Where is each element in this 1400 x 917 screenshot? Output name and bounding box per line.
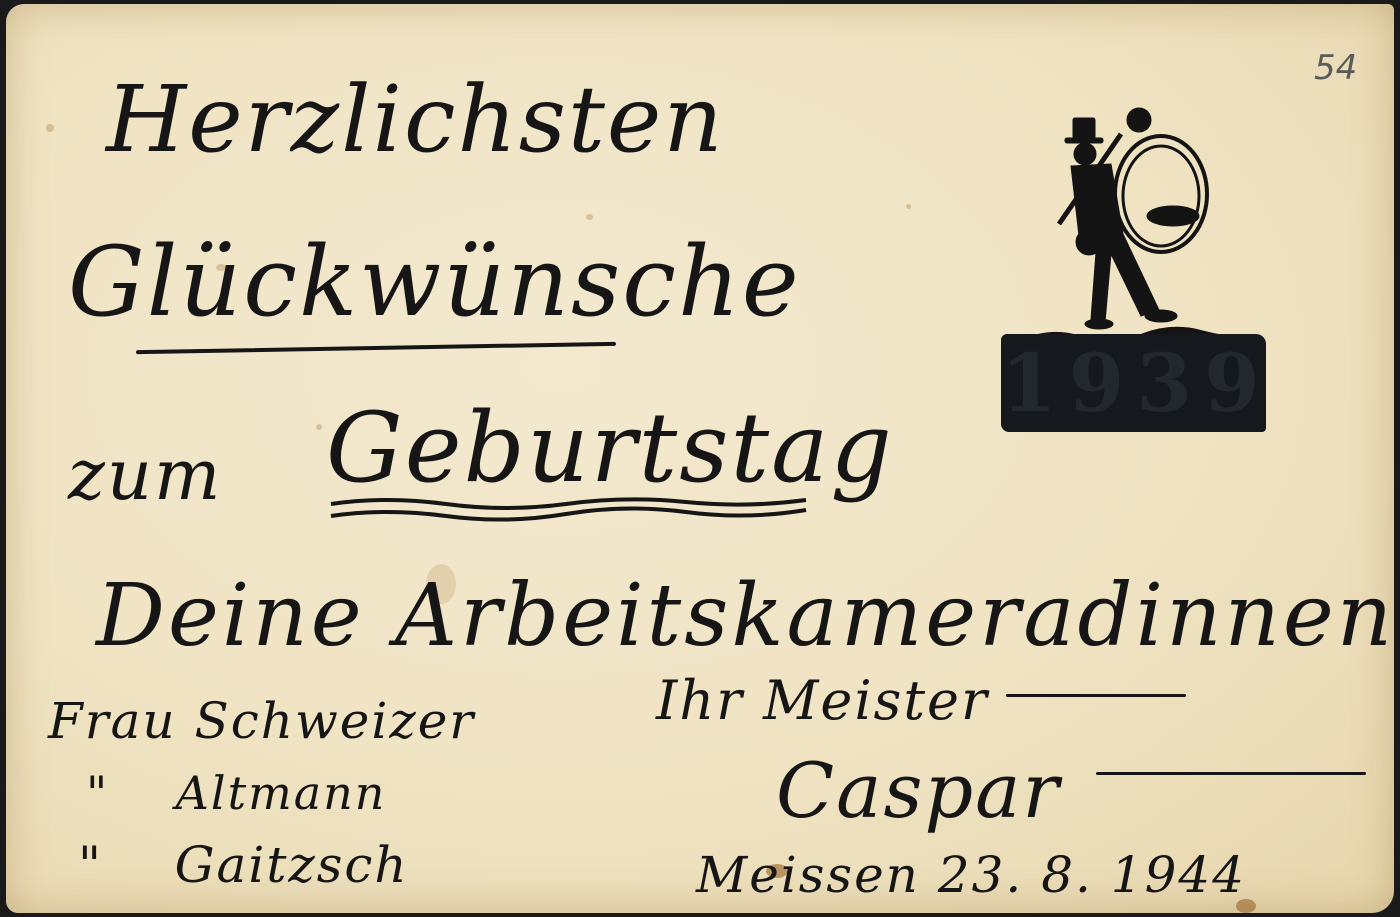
year-plaque: 1939: [1001, 334, 1266, 432]
stain: [906, 204, 911, 209]
place-date: Meissen 23. 8. 1944: [696, 846, 1246, 904]
signatory-prefix: Frau: [48, 692, 177, 750]
signatory-name: Gaitzsch: [175, 836, 409, 894]
master-name: Caspar: [776, 746, 1061, 835]
chimney-sweep-icon: [1001, 104, 1266, 344]
signatory-prefix: ": [86, 766, 109, 820]
greeting-line-3-main: Geburtstag: [326, 392, 894, 504]
birthday-card: 54 Herzlichsten Glückwünsche zum Geburts…: [6, 4, 1394, 913]
stain: [586, 214, 593, 220]
signatory-name: Altmann: [176, 766, 387, 820]
flourish: [1096, 772, 1366, 775]
chimney-sweep-emblem: 1939: [1001, 104, 1266, 432]
signatory-2: " Altmann: [86, 766, 386, 820]
greeting-line-1: Herzlichsten: [106, 66, 725, 173]
flourish: [1006, 694, 1186, 697]
signatory-name: Schweizer: [195, 692, 476, 750]
signatory-3: " Gaitzsch: [78, 836, 409, 894]
double-underline: [326, 494, 826, 524]
greeting-line-3-prefix: zum: [68, 434, 222, 516]
signatory-1: Frau Schweizer: [48, 692, 475, 750]
greeting-line-4: Deine Arbeitskameradinnen: [96, 566, 1394, 666]
stain: [316, 424, 322, 430]
signatory-prefix: ": [78, 836, 103, 894]
master-label: Ihr Meister: [656, 669, 989, 732]
page-number: 54: [1314, 48, 1357, 88]
underline: [136, 342, 616, 354]
greeting-line-2: Glückwünsche: [68, 226, 801, 338]
stain: [46, 124, 54, 132]
